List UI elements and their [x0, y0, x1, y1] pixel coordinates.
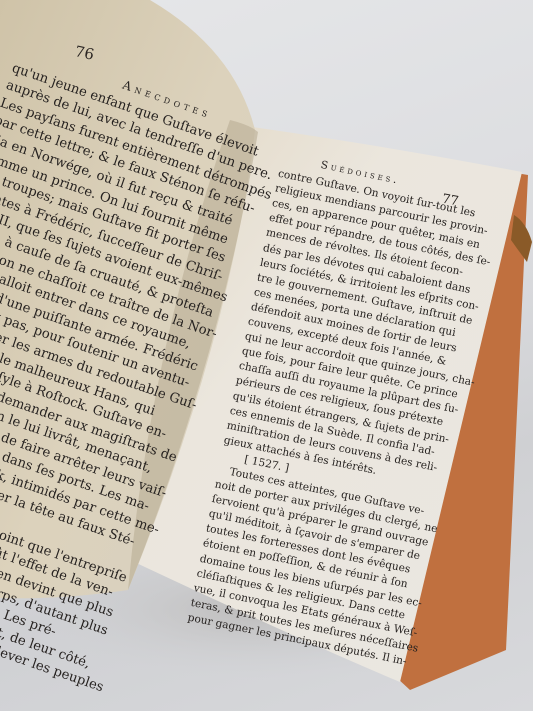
photo-scene: 76 Anecdotes qu'un jeune enfant que Guſt… — [0, 0, 533, 711]
